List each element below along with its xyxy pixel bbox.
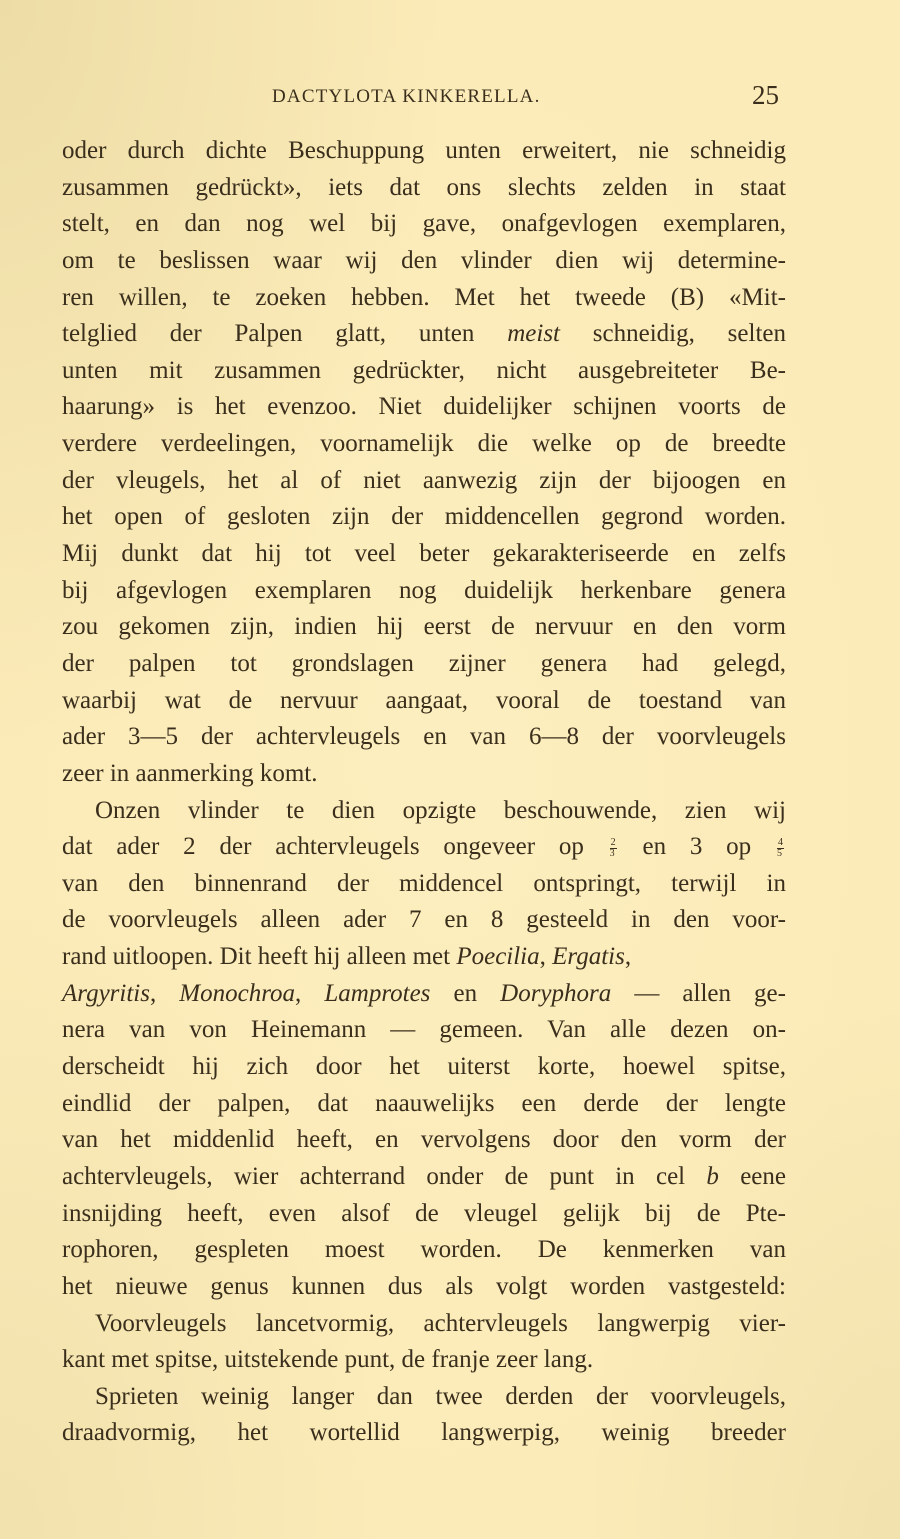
text-line-paragraph-end: zeer in aanmerking komt.	[62, 756, 786, 793]
text-line: unten mit zusammen gedrückter, nicht aus…	[62, 353, 786, 390]
text-line: telglied der Palpen glatt, unten meist s…	[62, 316, 786, 353]
italic-letter: b	[706, 1163, 719, 1190]
text-line: oder durch dichte Beschuppung unten erwe…	[62, 133, 786, 170]
text-line: der palpen tot grondslagen zijner genera…	[62, 646, 786, 683]
text-line: zusammen gedrückt», iets dat ons slechts…	[62, 170, 786, 207]
text-line: stelt, en dan nog wel bij gave, onafgevl…	[62, 206, 786, 243]
running-head: DACTYLOTA KINKERELLA. 25	[0, 80, 900, 114]
text-line: Mij dunkt dat hij tot veel beter gekarak…	[62, 536, 786, 573]
text-run: en 3 op	[642, 833, 751, 860]
text-line: rophoren, gespleten moest worden. De ken…	[62, 1232, 786, 1269]
text-run: en	[430, 980, 500, 1007]
text-run: rand uitloopen. Dit heeft hij alleen met	[62, 943, 456, 970]
fraction-denominator: 3	[610, 849, 617, 859]
text-run: telglied der Palpen glatt, unten	[62, 320, 507, 347]
page-number: 25	[752, 80, 779, 111]
body-text: oder durch dichte Beschuppung unten erwe…	[62, 133, 786, 1452]
text-run: achtervleugels, wier achterrand onder de…	[62, 1163, 706, 1190]
text-run: ,	[150, 980, 179, 1007]
text-line: rand uitloopen. Dit heeft hij alleen met…	[62, 939, 786, 976]
text-line-paragraph-start: Onzen vlinder te dien opzigte beschouwen…	[62, 793, 786, 830]
text-run: ,	[625, 943, 631, 970]
italic-genus: Ergatis	[552, 943, 625, 970]
text-line: eindlid der palpen, dat naauwelijks een …	[62, 1086, 786, 1123]
text-line: insnijding heeft, even alsof de vleugel …	[62, 1196, 786, 1233]
italic-genus: Monochroa	[179, 980, 295, 1007]
italic-genus: Poecilia	[456, 943, 539, 970]
text-run: eene	[719, 1163, 786, 1190]
running-title: DACTYLOTA KINKERELLA.	[272, 86, 541, 108]
text-line: dat ader 2 der achtervleugels ongeveer o…	[62, 829, 786, 866]
text-line: draadvormig, het wortellid langwerpig, w…	[62, 1415, 786, 1452]
text-line: bij afgevlogen exemplaren nog duidelijk …	[62, 573, 786, 610]
italic-word: meist	[507, 320, 560, 347]
text-run: ,	[540, 943, 553, 970]
text-run: ,	[295, 980, 324, 1007]
text-line: de voorvleugels alleen ader 7 en 8 geste…	[62, 902, 786, 939]
text-line-paragraph-start: Sprieten weinig langer dan twee derden d…	[62, 1379, 786, 1416]
text-line: derscheidt hij zich door het uiterst kor…	[62, 1049, 786, 1086]
italic-genus: Doryphora	[500, 980, 611, 1007]
text-line: haarung» is het evenzoo. Niet duidelijke…	[62, 389, 786, 426]
text-line: het nieuwe genus kunnen dus als volgt wo…	[62, 1269, 786, 1306]
text-line: het open of gesloten zijn der middencell…	[62, 499, 786, 536]
fraction: 45	[777, 838, 784, 859]
text-line-paragraph-start: Voorvleugels lancetvormig, achtervleugel…	[62, 1306, 786, 1343]
text-line: ader 3—5 der achtervleugels en van 6—8 d…	[62, 719, 786, 756]
text-line: om te beslissen waar wij den vlinder die…	[62, 243, 786, 280]
text-line: Argyritis, Monochroa, Lamprotes en Doryp…	[62, 976, 786, 1013]
italic-genus: Argyritis	[62, 980, 150, 1007]
text-line: van het middenlid heeft, en vervolgens d…	[62, 1122, 786, 1159]
text-line: ren willen, te zoeken hebben. Met het tw…	[62, 280, 786, 317]
text-line: achtervleugels, wier achterrand onder de…	[62, 1159, 786, 1196]
text-line: nera van von Heinemann — gemeen. Van all…	[62, 1012, 786, 1049]
italic-genus: Lamprotes	[324, 980, 430, 1007]
text-line-paragraph-end: kant met spitse, uitstekende punt, de fr…	[62, 1342, 786, 1379]
fraction: 23	[610, 838, 617, 859]
text-run: — allen ge-	[611, 980, 786, 1007]
fraction-denominator: 5	[777, 849, 784, 859]
text-run: schneidig, selten	[560, 320, 786, 347]
text-line: zou gekomen zijn, indien hij eerst de ne…	[62, 609, 786, 646]
text-line: der vleugels, het al of niet aanwezig zi…	[62, 463, 786, 500]
text-run: dat ader 2 der achtervleugels ongeveer o…	[62, 833, 584, 860]
text-line: verdere verdeelingen, voornamelijk die w…	[62, 426, 786, 463]
text-line: waarbij wat de nervuur aangaat, vooral d…	[62, 683, 786, 720]
text-line: van den binnenrand der middencel ontspri…	[62, 866, 786, 903]
